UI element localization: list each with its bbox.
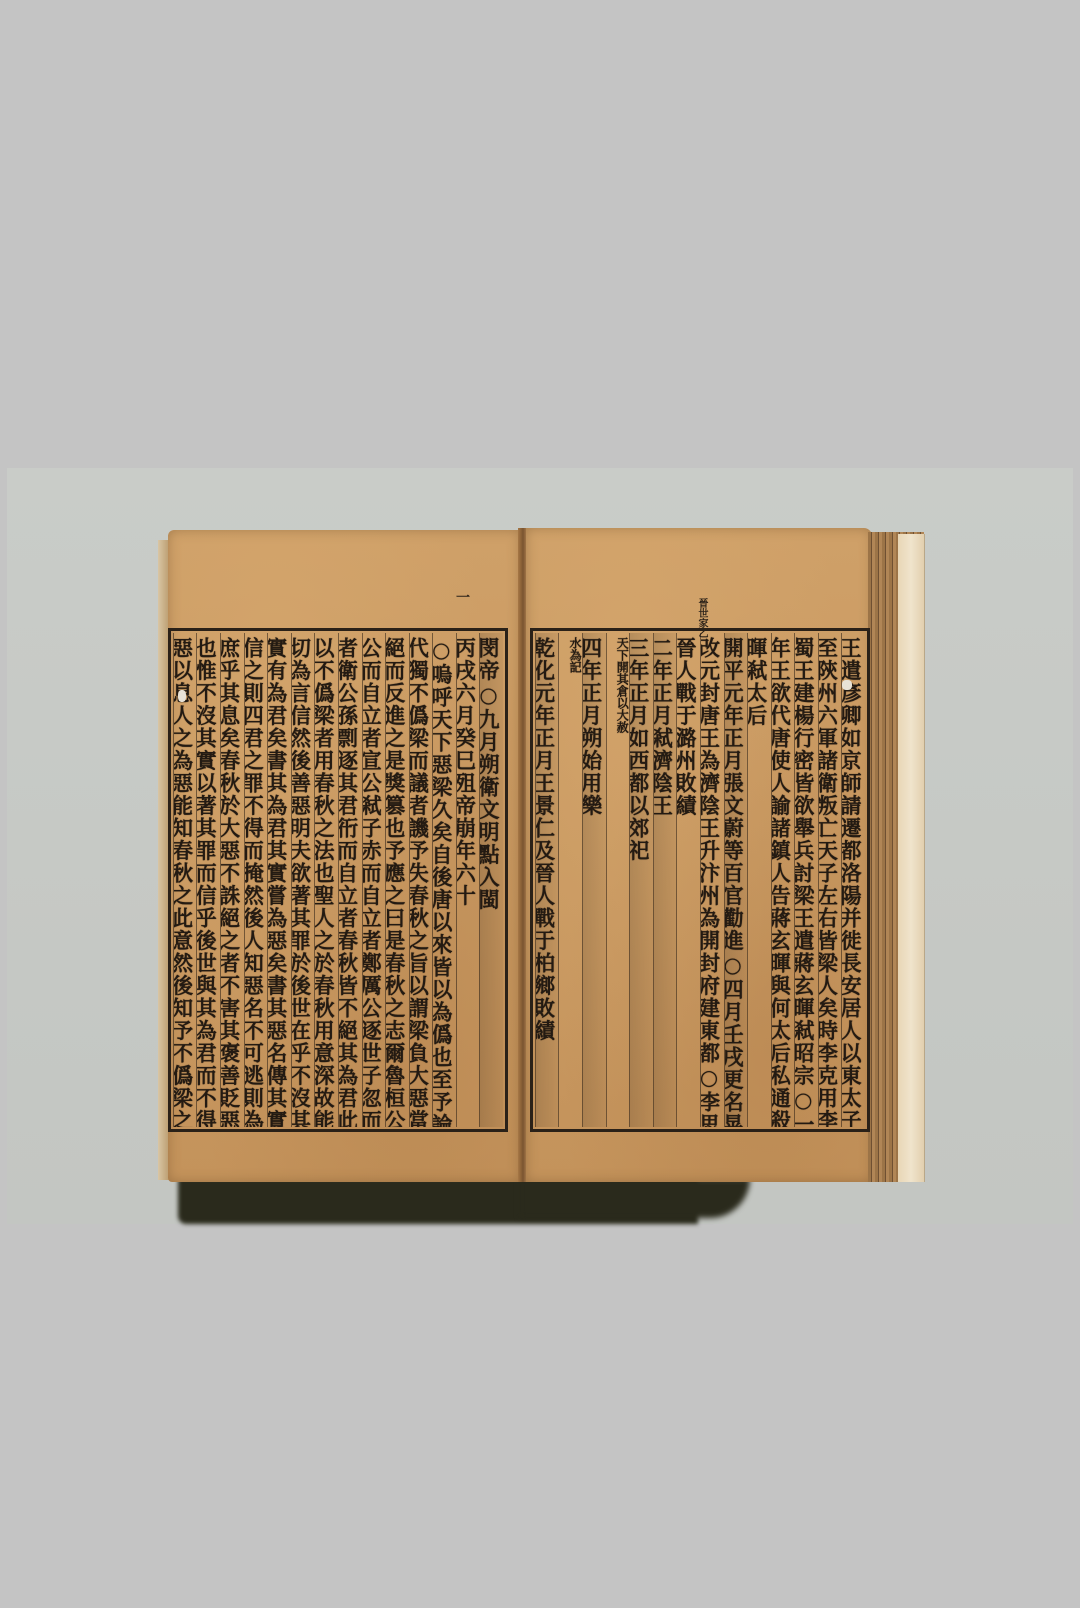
- text-column-year-marker: 三年正月如西都以郊祀: [629, 633, 653, 1127]
- text-column: 晉人戰于潞州敗績: [676, 633, 700, 1127]
- text-column: 信之則四君之罪不得而掩然後人知惡名不可逃則為惡者: [244, 633, 268, 1127]
- text-column: 庶乎其息矣春秋於大惡不誅絕之者不害其褒善貶惡之旨: [220, 633, 244, 1127]
- text-column: 年王欲代唐使人諭諸鎮人告蔣玄暉與何太后私通殺玄: [771, 633, 795, 1127]
- annotation-column: 天下開其倉以大赦: [606, 633, 630, 1127]
- text-column: 者衛公孫剽逐其君衎而自立者春秋皆不絕其為君此予所: [338, 633, 362, 1127]
- text-column-year-marker: 二年正月弒濟陰王: [653, 633, 677, 1127]
- left-columns: 閔帝○九月朔衛文明點入閩 丙戌六月癸巳殂帝崩年六十 ○嗚呼天下惡梁久矣自後唐以來…: [173, 633, 503, 1127]
- text-column: 代獨不僞梁而議者譏予失春秋之旨以謂梁負大惡當加誅: [409, 633, 433, 1127]
- text-column: 公而自立者宣公弒子赤而自立者鄭厲公逐世子忽而自立: [362, 633, 386, 1127]
- text-column: 蜀王建楊行密皆欲舉兵討梁王遣蔣玄暉弒昭宗○一: [794, 633, 818, 1127]
- text-column: 暉弒太后: [747, 633, 771, 1127]
- right-columns: 王遣彥卿如京師請遷都洛陽并徙長安居人以東太子行 至陝州六軍諸衛叛亡天子左右皆梁人…: [535, 633, 865, 1127]
- page-stack-edge: [898, 534, 925, 1182]
- paper-tear: [178, 690, 186, 702]
- text-column: 惡以息人之為惡能知春秋之此意然後知予不僞梁之旨也: [173, 633, 197, 1127]
- left-page-header-mark: 一: [452, 590, 472, 604]
- text-column: ○嗚呼天下惡梁久矣自後唐以來皆以為僞也至予論次五: [432, 633, 456, 1127]
- text-column: 以不僞梁者用春秋之法也聖人之於春秋用意深故能勸戒: [314, 633, 338, 1127]
- text-column: 實有為君矣書其為君其實嘗為惡矣書其惡名傳其實而使後世: [267, 633, 291, 1127]
- text-column: 改元封唐王為濟陰王升汴州為開封府建東都○李思安及: [700, 633, 724, 1127]
- text-column: 至陝州六軍諸衛叛亡天子左右皆梁人矣時李克用李茂貞: [818, 633, 842, 1127]
- paper-tear: [842, 680, 852, 690]
- book-shadow-curve: [520, 1178, 750, 1218]
- text-column: 王遣彥卿如京師請遷都洛陽并徙長安居人以東太子行: [841, 633, 865, 1127]
- text-column: 切為言信然後善惡明夫欲著其罪於後世在乎不沒其實其: [291, 633, 315, 1127]
- annotation-column: 水為記: [558, 633, 582, 1127]
- text-column-year-marker: 四年正月朔始用樂: [582, 633, 606, 1127]
- left-text-block: 閔帝○九月朔衛文明點入閩 丙戌六月癸巳殂帝崩年六十 ○嗚呼天下惡梁久矣自後唐以來…: [168, 628, 508, 1132]
- right-text-block: 王遣彥卿如京師請遷都洛陽并徙長安居人以東太子行 至陝州六軍諸衛叛亡天子左右皆梁人…: [530, 628, 870, 1132]
- text-column-year-marker: 開平元年正月張文蔚等百官勸進○四月壬戌更名晃即位: [724, 633, 748, 1127]
- text-column-year-marker: 乾化元年正月王景仁及晉人戰于柏鄉敗績: [535, 633, 559, 1127]
- text-column: 也惟不沒其實以著其罪而信乎後世與其為君而不得掩其: [196, 633, 220, 1127]
- text-column: 絕而反進之是獎篡也予應之曰是春秋之志爾魯桓公弒隱: [385, 633, 409, 1127]
- text-column: 閔帝○九月朔衛文明點入閩: [479, 633, 503, 1127]
- text-column: 丙戌六月癸巳殂帝崩年六十: [456, 633, 480, 1127]
